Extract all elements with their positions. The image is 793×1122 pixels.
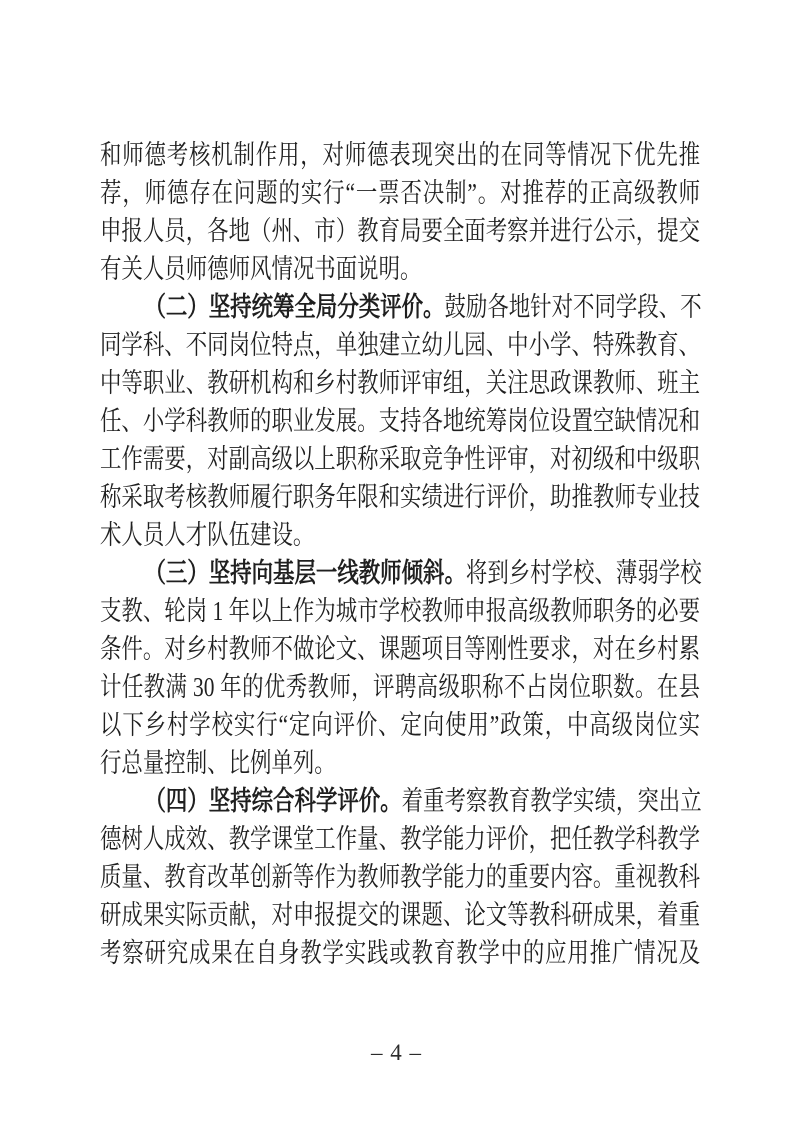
text-line: 以下乡村学校实行“定向评价、定向使用”政策，中高级岗位实 — [100, 706, 700, 744]
text-line: 工作需要，对副高级以上职称采取竞争性评审，对初级和中级职 — [100, 440, 700, 478]
paragraph-continuation: 和师德考核机制作用，对师德表现突出的在同等情况下优先推荐，师德存在问题的实行“一… — [100, 136, 700, 288]
text-line: 质量、教育改革创新等作为教师教学能力的重要内容。重视教科 — [100, 858, 700, 896]
text-line: 称采取考核教师履行职务年限和实绩进行评价，助推教师专业技 — [100, 478, 700, 516]
text-line: （四）坚持综合科学评价。着重考察教育教学实绩，突出立 — [100, 782, 700, 820]
text-line: （三）坚持向基层一线教师倾斜。将到乡村学校、薄弱学校 — [100, 554, 700, 592]
text-line: 术人员人才队伍建设。 — [100, 516, 700, 554]
paragraph-lead: （三）坚持向基层一线教师倾斜。 — [144, 558, 465, 588]
text-line: 德树人成效、教学课堂工作量、教学能力评价，把任教学科教学 — [100, 820, 700, 858]
text-line: 荐，师德存在问题的实行“一票否决制”。对推荐的正高级教师 — [100, 174, 700, 212]
text-line: 申报人员，各地（州、市）教育局要全面考察并进行公示，提交 — [100, 212, 700, 250]
text-line: 考察研究成果在自身教学实践或教育教学中的应用推广情况及 — [100, 934, 700, 972]
paragraph-lead: （二）坚持统筹全局分类评价。 — [144, 292, 444, 322]
text-line: 行总量控制、比例单列。 — [100, 744, 700, 782]
text-line: 条件。对乡村教师不做论文、课题项目等刚性要求，对在乡村累 — [100, 630, 700, 668]
text-line: 支教、轮岗 1 年以上作为城市学校教师申报高级教师职务的必要 — [100, 592, 700, 630]
document-body: 和师德考核机制作用，对师德表现突出的在同等情况下优先推荐，师德存在问题的实行“一… — [100, 136, 700, 972]
page-footer: – 4 – — [0, 1040, 793, 1066]
text-line: 有关人员师德师风情况书面说明。 — [100, 250, 700, 288]
text-line: 同学科、不同岗位特点，单独建立幼儿园、中小学、特殊教育、 — [100, 326, 700, 364]
paragraph-item-3: （三）坚持向基层一线教师倾斜。将到乡村学校、薄弱学校支教、轮岗 1 年以上作为城… — [100, 554, 700, 782]
page-number: – 4 – — [371, 1040, 422, 1065]
text-line: 任、小学科教师的职业发展。支持各地统筹岗位设置空缺情况和 — [100, 402, 700, 440]
text-line: 研成果实际贡献，对申报提交的课题、论文等教科研成果，着重 — [100, 896, 700, 934]
paragraph-lead: （四）坚持综合科学评价。 — [144, 786, 401, 816]
document-page: 和师德考核机制作用，对师德表现突出的在同等情况下优先推荐，师德存在问题的实行“一… — [0, 0, 793, 1122]
text-line: 计任教满 30 年的优秀教师，评聘高级职称不占岗位职数。在县 — [100, 668, 700, 706]
paragraph-item-4: （四）坚持综合科学评价。着重考察教育教学实绩，突出立德树人成效、教学课堂工作量、… — [100, 782, 700, 972]
text-line: 中等职业、教研机构和乡村教师评审组，关注思政课教师、班主 — [100, 364, 700, 402]
text-line: （二）坚持统筹全局分类评价。鼓励各地针对不同学段、不 — [100, 288, 700, 326]
paragraph-item-2: （二）坚持统筹全局分类评价。鼓励各地针对不同学段、不同学科、不同岗位特点，单独建… — [100, 288, 700, 554]
text-line: 和师德考核机制作用，对师德表现突出的在同等情况下优先推 — [100, 136, 700, 174]
